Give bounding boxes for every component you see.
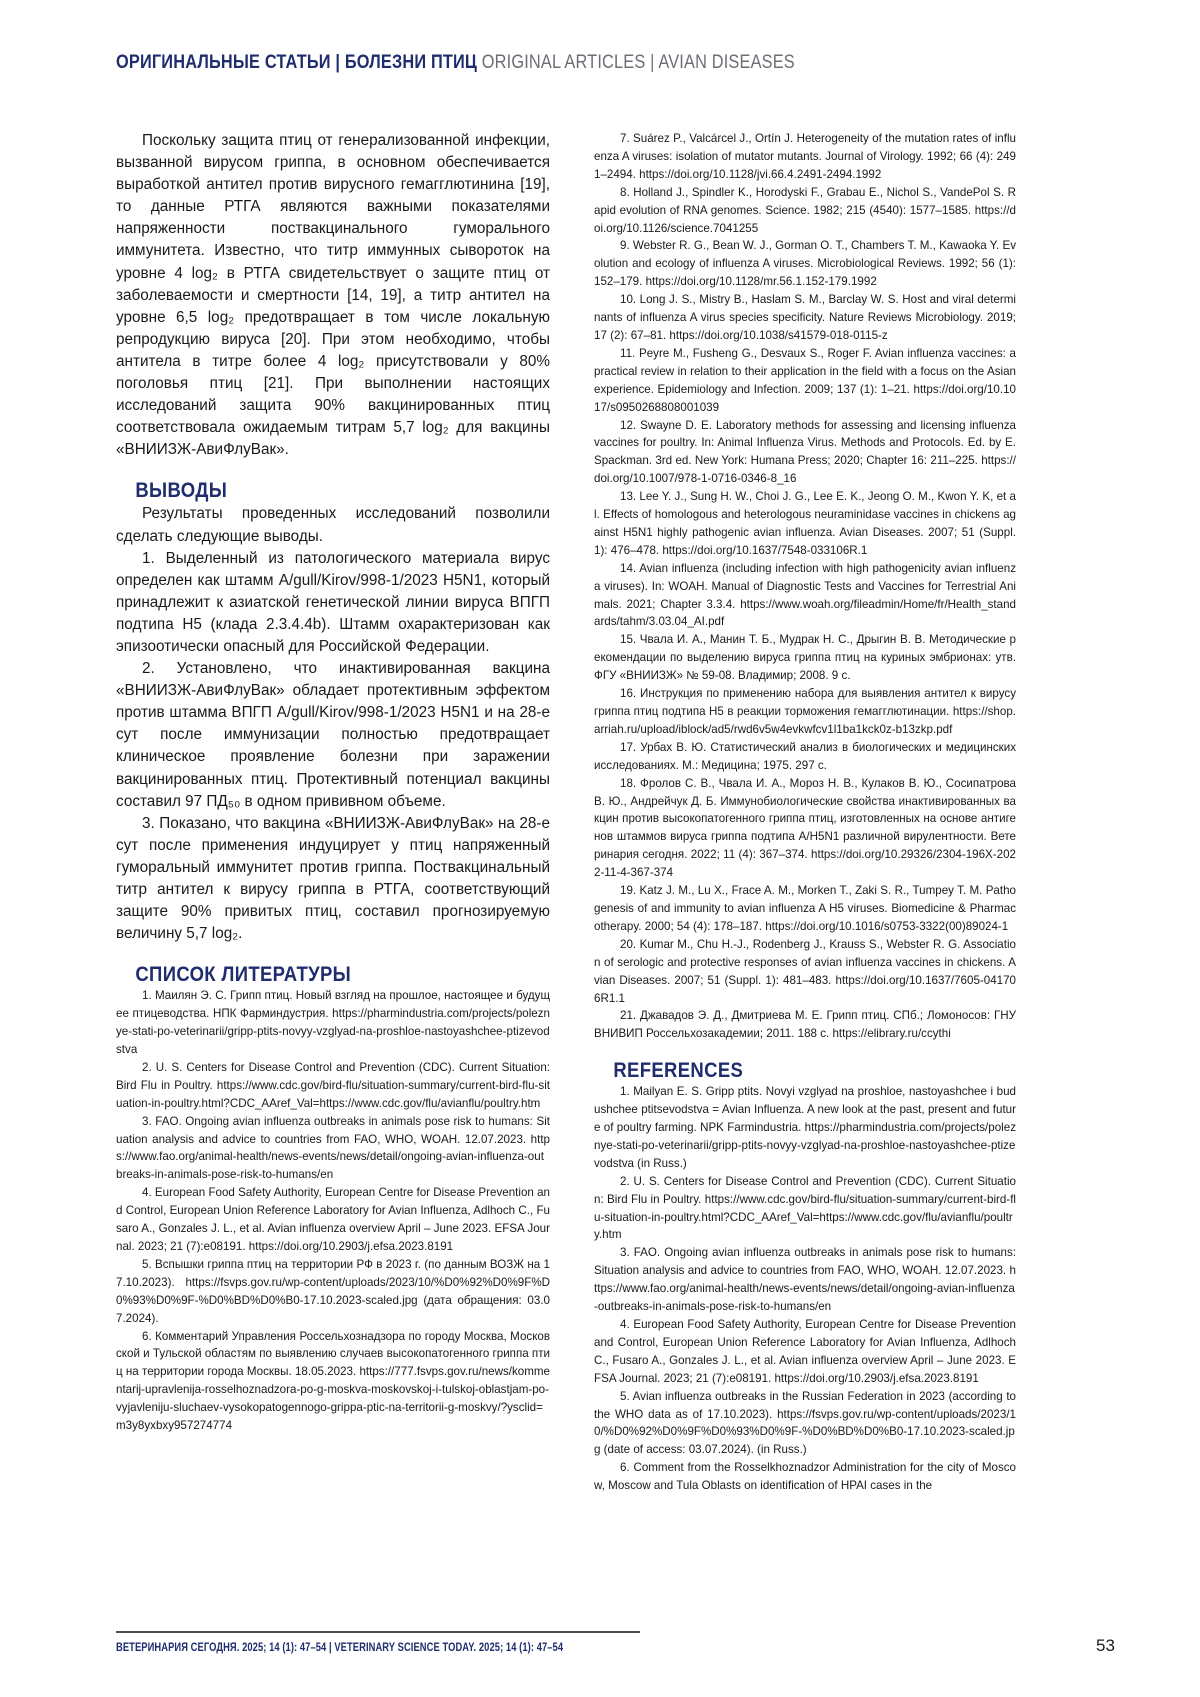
conclusion-item: 1. Выделенный из патологического материа… xyxy=(116,548,550,658)
reference-item: 1. Mailyan E. S. Gripp ptits. Novyi vzgl… xyxy=(594,1083,1016,1173)
reference-item: 10. Long J. S., Mistry B., Haslam S. M.,… xyxy=(594,291,1016,345)
intro-paragraph: Поскольку защита птиц от генерализованно… xyxy=(116,130,550,461)
reference-item: 17. Урбах В. Ю. Статистический анализ в … xyxy=(594,739,1016,775)
reference-item: 1. Маилян Э. С. Грипп птиц. Новый взгляд… xyxy=(116,987,550,1059)
reference-item: 3. FAO. Ongoing avian influenza outbreak… xyxy=(594,1244,1016,1316)
left-column: Поскольку защита птиц от генерализованно… xyxy=(116,130,550,1435)
reference-item: 19. Katz J. M., Lu X., Frace A. M., Mork… xyxy=(594,882,1016,936)
section-title-ru: ОРИГИНАЛЬНЫЕ СТАТЬИ | БОЛЕЗНИ ПТИЦ xyxy=(116,52,477,73)
references-heading: REFERENCES xyxy=(594,1059,965,1083)
conclusion-item: 2. Установлено, что инактивированная вак… xyxy=(116,658,550,813)
running-header: ОРИГИНАЛЬНЫЕ СТАТЬИ | БОЛЕЗНИ ПТИЦ ORIGI… xyxy=(116,52,795,74)
reference-item: 13. Lee Y. J., Sung H. W., Choi J. G., L… xyxy=(594,488,1016,560)
reference-item: 2. U. S. Centers for Disease Control and… xyxy=(116,1059,550,1113)
reference-item: 4. European Food Safety Authority, Europ… xyxy=(116,1184,550,1256)
right-column: 7. Suárez P., Valcárcel J., Ortín J. Het… xyxy=(594,130,1016,1495)
reference-item: 14. Avian influenza (including infection… xyxy=(594,560,1016,632)
reference-item: 2. U. S. Centers for Disease Control and… xyxy=(594,1173,1016,1245)
footer-citation: ВЕТЕРИНАРИЯ СЕГОДНЯ. 2025; 14 (1): 47–54… xyxy=(116,1640,563,1654)
reference-item: 9. Webster R. G., Bean W. J., Gorman O. … xyxy=(594,237,1016,291)
reference-item: 15. Чвала И. А., Манин Т. Б., Мудрак Н. … xyxy=(594,631,1016,685)
reference-item: 16. Инструкция по применению набора для … xyxy=(594,685,1016,739)
reference-item: 12. Swayne D. E. Laboratory methods for … xyxy=(594,417,1016,489)
reference-item: 11. Peyre M., Fusheng G., Desvaux S., Ro… xyxy=(594,345,1016,417)
reference-item: 4. European Food Safety Authority, Europ… xyxy=(594,1316,1016,1388)
reference-item: 18. Фролов С. В., Чвала И. А., Мороз Н. … xyxy=(594,775,1016,882)
reference-item: 6. Comment from the Rosselkhoznadzor Adm… xyxy=(594,1459,1016,1495)
reference-item: 7. Suárez P., Valcárcel J., Ortín J. Het… xyxy=(594,130,1016,184)
reference-item: 6. Комментарий Управления Россельхознадз… xyxy=(116,1328,550,1435)
conclusion-item: 3. Показано, что вакцина «ВНИИЗЖ-АвиФлуВ… xyxy=(116,813,550,946)
conclusions-heading: ВЫВОДЫ xyxy=(116,479,498,503)
footer-divider xyxy=(116,1631,640,1633)
reference-item: 5. Avian influenza outbreaks in the Russ… xyxy=(594,1388,1016,1460)
reference-item: 8. Holland J., Spindler K., Horodyski F.… xyxy=(594,184,1016,238)
literature-heading: СПИСОК ЛИТЕРАТУРЫ xyxy=(116,963,498,987)
conclusions-intro: Результаты проведенных исследований позв… xyxy=(116,503,550,547)
page-number: 53 xyxy=(1096,1636,1115,1656)
reference-item: 5. Вспышки гриппа птиц на территории РФ … xyxy=(116,1256,550,1328)
reference-item: 21. Джавадов Э. Д., Дмитриева М. Е. Грип… xyxy=(594,1007,1016,1043)
reference-item: 20. Kumar M., Chu H.-J., Rodenberg J., K… xyxy=(594,936,1016,1008)
section-title-en: ORIGINAL ARTICLES | AVIAN DISEASES xyxy=(482,52,795,73)
reference-item: 3. FAO. Ongoing avian influenza outbreak… xyxy=(116,1113,550,1185)
